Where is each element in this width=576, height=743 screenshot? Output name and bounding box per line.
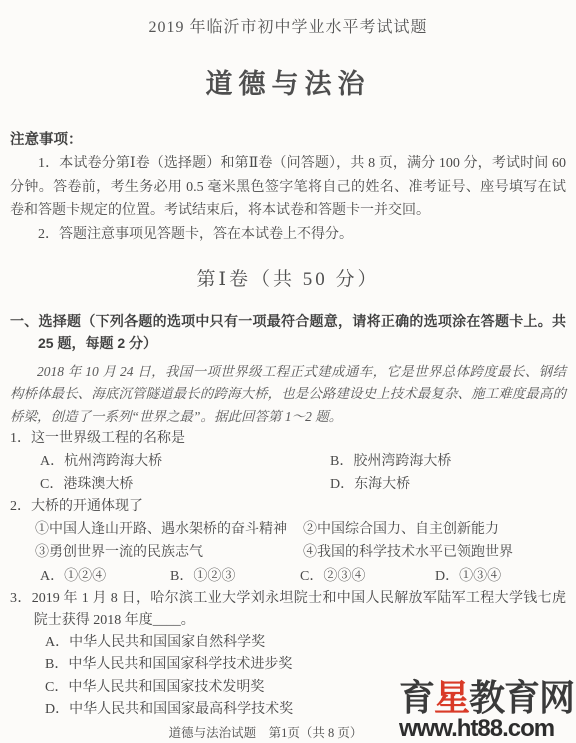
- question-2-stem: 2．大桥的开通体现了: [10, 496, 566, 518]
- option-a: A．中华人民共和国国家自然科学奖: [10, 632, 566, 654]
- option-d: D．东海大桥: [330, 473, 566, 496]
- exam-paper-page: 2019 年临沂市初中学业水平考试试题 道德与法治 注意事项： 1．本试卷分第Ⅰ…: [0, 0, 576, 743]
- notice-item-1: 1．本试卷分第Ⅰ卷（选择题）和第Ⅱ卷（问答题），共 8 页，满分 100 分，考…: [10, 152, 566, 223]
- statement-4: ④我国的科学技术水平已领跑世界: [303, 541, 566, 565]
- answer-b: B．①②③: [170, 565, 300, 588]
- question-1-options: A．杭州湾跨海大桥 B．胶州湾跨海大桥 C．港珠澳大桥 D．东海大桥: [10, 450, 566, 496]
- option-b: B．胶州湾跨海大桥: [330, 450, 566, 473]
- option-a: A．杭州湾跨海大桥: [40, 450, 330, 473]
- question-1: 1．这一世界级工程的名称是 A．杭州湾跨海大桥 B．胶州湾跨海大桥 C．港珠澳大…: [10, 428, 566, 496]
- subject-title: 道德与法治: [10, 66, 566, 102]
- selection-instruction: 一、选择题（下列各题的选项中只有一项最符合题意，请将正确的选项涂在答题卡上。共 …: [10, 310, 566, 354]
- watermark-brand-highlight: 星: [434, 677, 469, 718]
- watermark-brand-suffix: 教育网: [469, 677, 574, 718]
- notice-heading: 注意事项：: [10, 128, 566, 152]
- option-b: B．中华人民共和国国家科学技术进步奖: [10, 654, 566, 676]
- question-2-answers: A．①②④ B．①②③ C．②③④ D．①③④: [10, 565, 566, 588]
- statement-1: ①中国人逢山开路、遇水架桥的奋斗精神: [35, 518, 303, 542]
- statement-3: ③勇创世界一流的民族志气: [35, 541, 303, 565]
- answer-a: A．①②④: [40, 565, 170, 588]
- option-c: C．港珠澳大桥: [40, 473, 330, 496]
- page-footer-text: 道德与法治试题 第1页（共 8 页）: [169, 726, 363, 740]
- part1-heading: 第Ⅰ卷（共 50 分）: [10, 264, 566, 296]
- watermark-url: www.ht88.com: [399, 717, 574, 741]
- watermark-logo: 育星教育网 www.ht88.com: [399, 680, 574, 741]
- question-2-statements: ①中国人逢山开路、遇水架桥的奋斗精神 ②中国综合国力、自主创新能力 ③勇创世界一…: [10, 518, 566, 565]
- watermark-brand-prefix: 育: [399, 677, 434, 718]
- question-3-stem: 3．2019 年 1 月 8 日，哈尔滨工业大学刘永坦院士和中国人民解放军陆军工…: [10, 588, 566, 632]
- statement-2: ②中国综合国力、自主创新能力: [303, 518, 566, 542]
- exam-title: 2019 年临沂市初中学业水平考试试题: [10, 16, 566, 40]
- notice-section: 注意事项： 1．本试卷分第Ⅰ卷（选择题）和第Ⅱ卷（问答题），共 8 页，满分 1…: [10, 128, 566, 246]
- answer-d: D．①③④: [435, 565, 566, 588]
- question-2: 2．大桥的开通体现了 ①中国人逢山开路、遇水架桥的奋斗精神 ②中国综合国力、自主…: [10, 496, 566, 588]
- notice-item-2: 2．答题注意事项见答题卡，答在本试卷上不得分。: [10, 223, 566, 247]
- watermark-brand: 育星教育网: [399, 680, 574, 716]
- answer-c: C．②③④: [300, 565, 435, 588]
- reading-passage: 2018 年 10 月 24 日，我国一项世界级工程正式建成通车，它是世界总体跨…: [10, 361, 566, 428]
- question-1-stem: 1．这一世界级工程的名称是: [10, 428, 566, 450]
